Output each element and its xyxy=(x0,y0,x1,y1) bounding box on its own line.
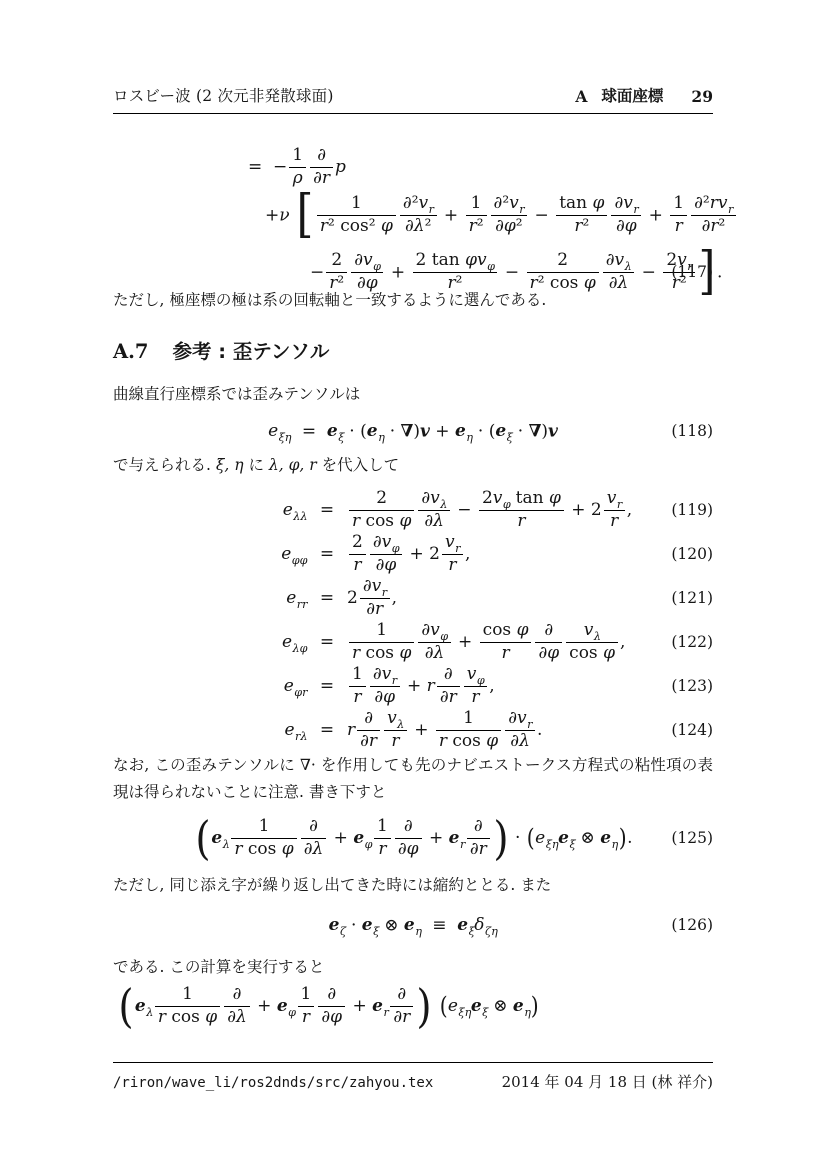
math-op: + xyxy=(385,262,410,282)
section-heading-title: 参考 : 歪テンソル xyxy=(173,340,330,363)
math-var: ∂ xyxy=(403,193,412,213)
math-var: ζη xyxy=(485,925,498,938)
math-var: ν xyxy=(279,205,289,225)
math-op: ² xyxy=(516,216,523,236)
math-var: r xyxy=(728,203,733,216)
math-var: ∂ xyxy=(508,708,517,728)
math-op: ⊗ xyxy=(488,996,513,1016)
math-op: , xyxy=(489,676,494,696)
inline-math: ξ, η xyxy=(216,456,244,474)
strain-tensor-component-equations: eλλ=2r cos φ∂vλ∂λ − 2vφ tan φr + 2vrr,(1… xyxy=(113,488,713,752)
bold-symbol: e xyxy=(558,828,569,848)
math-var: v xyxy=(718,193,728,213)
fraction: ∂vφ∂λ xyxy=(418,620,450,664)
math-var: λ xyxy=(625,260,632,273)
fraction: ∂vλ∂λ xyxy=(418,488,450,532)
math-var: e xyxy=(284,720,294,740)
math-var: φ xyxy=(593,193,605,213)
bold-symbol: e xyxy=(327,421,338,441)
math-op: ² xyxy=(412,193,419,213)
math-var: r xyxy=(448,555,456,575)
big-delimiter: ( xyxy=(527,828,535,849)
math-var: r xyxy=(471,687,479,707)
math-var: φ xyxy=(549,488,561,508)
math-op: ⊗ xyxy=(575,828,600,848)
equation-number: (121) xyxy=(671,589,713,607)
math-var: λ xyxy=(397,718,404,731)
math-var: φ xyxy=(440,630,448,643)
math-op xyxy=(290,205,295,225)
subscripted-symbol: eφ xyxy=(353,828,372,848)
math-var: λ xyxy=(440,498,447,511)
math-op: . xyxy=(717,262,722,282)
subscripted-symbol: vr xyxy=(718,194,733,213)
math-var: r xyxy=(320,216,328,236)
math-var: ξ xyxy=(469,925,475,938)
math-var: φ xyxy=(381,216,393,236)
subscripted-symbol: eλ xyxy=(211,828,229,848)
aligned-equation-row-124: erλ=r∂∂rvλr + 1r cos φ∂vr∂λ.(124) xyxy=(113,708,713,752)
math-op: 1 xyxy=(463,708,474,728)
subscripted-symbol: eη xyxy=(455,421,473,441)
subscripted-symbol: vλ xyxy=(430,489,447,508)
math-var: r xyxy=(234,839,242,859)
bold-symbol: e xyxy=(600,828,611,848)
math-var: φ xyxy=(288,1006,296,1019)
math-var: ∂λ xyxy=(424,511,444,531)
subscripted-symbol: eλλ xyxy=(283,500,307,520)
section-title: 球面座標 xyxy=(601,84,663,106)
math-var: φ xyxy=(487,260,495,273)
bold-symbol: e xyxy=(455,421,466,441)
math-op: · xyxy=(510,828,526,848)
math-var: r xyxy=(633,203,638,216)
math-var: ∂ xyxy=(233,984,242,1004)
math-var: ∂ xyxy=(309,816,318,836)
math-op: + xyxy=(643,205,668,225)
math-var: φ xyxy=(517,620,529,640)
fraction: 1r cos φ xyxy=(436,708,501,752)
fraction: 2r cos φ xyxy=(349,488,414,532)
math-var: ∂ xyxy=(354,250,363,270)
math-var: ∂λ xyxy=(510,731,530,751)
equals-sign: = xyxy=(307,588,347,608)
big-delimiter: [ xyxy=(296,193,313,238)
bold-symbol: e xyxy=(471,996,482,1016)
math-op: · ( xyxy=(344,421,367,441)
math-op: · xyxy=(512,421,528,441)
math-op: 2 xyxy=(416,250,427,270)
source-file-path: /riron/wave_li/ros2dnds/src/zahyou.tex xyxy=(113,1075,433,1091)
math-var: φ xyxy=(465,250,477,270)
section-indicator: A 球面座標 29 xyxy=(575,84,713,106)
math-var: ∂ xyxy=(614,193,623,213)
bold-symbol: e xyxy=(495,421,506,441)
math-var: ∂ xyxy=(606,250,615,270)
math-var: r xyxy=(429,203,434,216)
equation-117-line-2: +ν [1r² cos² φ∂²vr∂λ² + 1r²∂²vr∂φ² − tan… xyxy=(113,188,713,242)
math-var: ∂r xyxy=(313,168,330,188)
subscripted-symbol: eξ xyxy=(495,421,512,441)
inline-math: λ, φ, r xyxy=(269,456,317,474)
fraction: ∂vr∂λ xyxy=(505,708,535,752)
fraction: 1r² xyxy=(466,193,487,237)
bold-symbol: e xyxy=(404,915,415,935)
bold-symbol: ∇ xyxy=(529,421,542,441)
math-op: + xyxy=(252,996,277,1016)
math-var: ∂ xyxy=(373,664,382,684)
math-var: φ xyxy=(399,511,411,531)
math-var: r xyxy=(502,643,510,663)
math-var: v xyxy=(387,708,397,728)
math-expression: 1r∂vr∂φ + r∂∂rvφr, xyxy=(347,664,495,708)
math-op: ² xyxy=(719,216,726,236)
fraction: vλcos φ xyxy=(566,620,618,664)
fraction: ∂²vr∂φ² xyxy=(491,193,528,237)
math-var: φr xyxy=(294,686,307,699)
math-var: r xyxy=(391,731,399,751)
text-run: ただし, 同じ添え字が繰り返し出てきた時には縮約ととる. また xyxy=(113,876,551,894)
subscripted-symbol: eξη xyxy=(268,421,291,441)
subscripted-symbol: eη xyxy=(367,421,385,441)
equation-number: (125) xyxy=(671,829,713,847)
math-var: ξη xyxy=(546,838,559,851)
subscripted-symbol: vφ xyxy=(467,665,484,684)
subscripted-symbol: vr xyxy=(382,665,397,684)
bold-symbol: e xyxy=(211,828,222,848)
subscripted-symbol: vr xyxy=(517,709,532,728)
math-op: 1 xyxy=(351,193,362,213)
equation-rhs: 1r∂vr∂φ + r∂∂rvφr, xyxy=(347,664,495,708)
roman-function: cos xyxy=(483,620,517,640)
subscripted-symbol: eλφ xyxy=(282,632,307,652)
math-var: ξ xyxy=(569,838,575,851)
big-delimiter: ) xyxy=(493,818,508,858)
equals-sign: = xyxy=(307,632,347,652)
equals-sign: = xyxy=(307,676,347,696)
equation-rhs: 1r cos φ∂vφ∂λ + cos φr∂∂φvλcos φ, xyxy=(347,620,625,664)
roman-function: cos xyxy=(360,511,399,531)
math-var: r xyxy=(610,511,618,531)
math-var: e xyxy=(286,588,296,608)
bold-symbol: e xyxy=(513,996,524,1016)
math-op: − xyxy=(636,262,661,282)
math-op: 2 xyxy=(331,250,342,270)
math-var: ∂φ xyxy=(374,687,395,707)
subscripted-symbol: vφ xyxy=(363,251,380,270)
running-title: ロスビー波 (2 次元非発散球面) xyxy=(113,84,334,106)
equation-rhs: 2r cos φ∂vλ∂λ − 2vφ tan φr + 2vrr, xyxy=(347,488,632,532)
fraction: ∂∂r xyxy=(357,708,380,752)
math-op: − xyxy=(452,500,477,520)
math-var: ∂r xyxy=(366,599,383,619)
math-var: ∂r xyxy=(393,1007,410,1027)
math-var: v xyxy=(363,250,373,270)
math-var: rλ xyxy=(295,730,307,743)
subscripted-symbol: vφ xyxy=(477,251,494,270)
fraction: ∂vφ∂φ xyxy=(370,532,402,576)
text-run: ただし, 極座標の極は系の回転軸と一致するように選んである. xyxy=(113,291,546,309)
math-var: ζ xyxy=(340,925,346,938)
subscripted-symbol: vr xyxy=(419,194,434,213)
math-op: 2 xyxy=(376,488,387,508)
math-op: , xyxy=(465,544,470,564)
math-var: ∂ xyxy=(363,576,372,596)
fraction: cos φr xyxy=(480,620,532,664)
math-var: r xyxy=(352,643,360,663)
math-op: 1 xyxy=(292,145,303,165)
math-var: r xyxy=(378,839,386,859)
fraction: 1r² cos² φ xyxy=(317,193,396,237)
math-expression: 2∂vr∂r, xyxy=(347,576,397,620)
math-expression: 1r cos φ∂vφ∂λ + cos φr∂∂φvλcos φ, xyxy=(347,620,625,664)
fraction: 1r xyxy=(298,984,315,1028)
subscripted-symbol: eφφ xyxy=(281,544,307,564)
math-var: v xyxy=(607,488,617,508)
big-delimiter: ( xyxy=(439,996,447,1017)
fraction: ∂vr∂r xyxy=(360,576,390,620)
big-delimiter: ( xyxy=(195,818,210,858)
text-run: なお, この歪みテンソルに ∇· を作用しても先のナビエストークス方程式の粘性項… xyxy=(113,756,713,801)
math-var: φ xyxy=(373,260,381,273)
equation-118: eξη = eξ · (eη · ∇)v + eη · (eξ · ∇)v(11… xyxy=(113,408,713,454)
math-op: . xyxy=(537,720,542,740)
equation-number: (126) xyxy=(671,916,713,934)
math-op: + xyxy=(424,828,449,848)
math-var: ξη xyxy=(458,1006,471,1019)
subscripted-symbol: vr xyxy=(372,577,387,596)
math-var: r xyxy=(675,216,683,236)
math-op: 1 xyxy=(471,193,482,213)
aligned-equation-row-123: eφr=1r∂vr∂φ + r∂∂rvφr,(123) xyxy=(113,664,713,708)
math-var: v xyxy=(509,193,519,213)
fraction: vφr xyxy=(464,664,487,708)
math-var: ξ xyxy=(507,431,513,444)
math-var: e xyxy=(268,421,278,441)
math-op: 1 xyxy=(301,984,312,1004)
math-op: ² xyxy=(703,193,710,213)
roman-function: tan xyxy=(510,488,549,508)
math-op: + xyxy=(402,676,427,696)
math-expression: eζ · eξ ⊗ eη ≡ eξδζη xyxy=(329,915,498,936)
fraction: 1ρ xyxy=(289,145,306,189)
text-run: である. この計算を実行すると xyxy=(113,958,324,976)
text-run: 曲線直行座標系では歪みテンソルは xyxy=(113,385,360,403)
equation-lhs: eφφ xyxy=(263,544,307,564)
math-op: + xyxy=(430,421,455,441)
fraction: 2vφ tan φr xyxy=(479,488,564,532)
math-var: δ xyxy=(474,915,484,935)
fraction: vλr xyxy=(384,708,407,752)
fraction: 1r cos φ xyxy=(155,984,220,1028)
math-op: , xyxy=(627,500,632,520)
fraction: ∂∂λ xyxy=(301,816,327,860)
math-var: ∂ xyxy=(694,193,703,213)
equation-126: eζ · eξ ⊗ eη ≡ eξδζη(126) xyxy=(113,906,713,944)
equation-number: (117) xyxy=(671,263,713,281)
equation-number: (122) xyxy=(671,633,713,651)
math-var: e xyxy=(281,544,291,564)
fraction: 1r cos φ xyxy=(231,816,296,860)
math-var: v xyxy=(517,708,527,728)
math-var: η xyxy=(378,431,385,444)
math-var: r xyxy=(710,193,718,213)
math-var: r xyxy=(519,203,524,216)
aligned-equation-row-120: eφφ=2r∂vφ∂φ + 2vrr,(120) xyxy=(113,532,713,576)
aligned-equation-row-122: eλφ=1r cos φ∂vφ∂λ + cos φr∂∂φvλcos φ,(12… xyxy=(113,620,713,664)
roman-function: cos xyxy=(569,643,603,663)
math-var: v xyxy=(419,193,429,213)
math-var: v xyxy=(382,664,392,684)
equation-rhs: 2r∂vφ∂φ + 2vrr, xyxy=(347,532,470,576)
math-var: ξ xyxy=(373,925,379,938)
math-var: ∂ xyxy=(364,708,373,728)
math-op: · xyxy=(384,421,400,441)
math-var: ∂ xyxy=(421,488,430,508)
equals-sign: = xyxy=(307,544,347,564)
math-op: ² xyxy=(477,216,484,236)
subscripted-symbol: δζη xyxy=(474,915,497,935)
equation-lhs: erλ xyxy=(263,720,307,740)
math-var: r xyxy=(383,1006,388,1019)
subscripted-symbol: vφ xyxy=(493,489,510,508)
subscripted-symbol: vφ xyxy=(382,533,399,552)
big-delimiter: ( xyxy=(118,986,133,1026)
subscripted-symbol: err xyxy=(286,588,307,608)
math-var: r xyxy=(439,731,447,751)
math-var: ∂φ xyxy=(538,643,559,663)
subscripted-symbol: eξ xyxy=(362,915,379,935)
math-expression: 2r cos φ∂vλ∂λ − 2vφ tan φr + 2vrr, xyxy=(347,488,632,532)
fraction: ∂²vr∂λ² xyxy=(400,193,437,237)
math-op: 2 xyxy=(347,588,358,608)
bold-symbol: e xyxy=(135,996,146,1016)
math-op: 1 xyxy=(352,664,363,684)
math-var: e xyxy=(284,676,294,696)
fraction: ∂∂φ xyxy=(535,620,562,664)
math-var: r xyxy=(382,586,387,599)
math-var: φ xyxy=(392,542,400,555)
equation-number: (119) xyxy=(671,501,713,519)
math-var: λφ xyxy=(293,642,308,655)
math-op: + xyxy=(328,828,353,848)
math-var: λ xyxy=(223,838,230,851)
math-var: ∂λ xyxy=(227,1007,247,1027)
subscripted-symbol: eξη xyxy=(535,828,558,848)
fraction: ∂∂φ xyxy=(395,816,422,860)
math-op xyxy=(433,996,438,1016)
bold-symbol: e xyxy=(367,421,378,441)
math-op: + xyxy=(265,205,279,225)
math-op: − xyxy=(499,262,524,282)
math-var: ∂ xyxy=(421,620,430,640)
math-var: ∂φ xyxy=(495,216,516,236)
math-var: r xyxy=(302,1007,310,1027)
math-var: r xyxy=(158,1007,166,1027)
math-var: v xyxy=(430,620,440,640)
math-op: ⊗ xyxy=(379,915,404,935)
aligned-equation-row-119: eλλ=2r cos φ∂vλ∂λ − 2vφ tan φr + 2vrr,(1… xyxy=(113,488,713,532)
subscripted-symbol: vλ xyxy=(584,621,601,640)
paragraph-after-eq118: で与えられる. ξ, η に λ, φ, r を代入して xyxy=(113,452,713,479)
subscripted-symbol: eη xyxy=(404,915,422,935)
math-var: ∂ xyxy=(373,532,382,552)
math-var: λ xyxy=(146,1006,153,1019)
page-number: 29 xyxy=(691,87,713,106)
math-var: λ xyxy=(594,630,601,643)
math-var: ∂λ xyxy=(405,216,425,236)
math-op: + 2 xyxy=(566,500,602,520)
subscripted-symbol: er xyxy=(372,996,388,1016)
math-expression: +ν [1r² cos² φ∂²vr∂λ² + 1r²∂²vr∂φ² − tan… xyxy=(265,193,738,238)
math-var: φφ xyxy=(292,554,308,567)
math-var: v xyxy=(623,193,633,213)
fraction: ∂∂φ xyxy=(318,984,345,1028)
subscripted-symbol: eφr xyxy=(284,676,307,696)
text-run: に xyxy=(244,456,269,474)
big-delimiter: ) xyxy=(417,986,432,1026)
math-var: e xyxy=(282,632,292,652)
math-op: 2 xyxy=(482,488,493,508)
fraction: ∂vr∂φ xyxy=(370,664,400,708)
math-var: v xyxy=(430,488,440,508)
math-var: λλ xyxy=(293,510,307,523)
roman-function: tan xyxy=(559,193,592,213)
math-var: r xyxy=(617,498,622,511)
math-var: ∂ xyxy=(327,984,336,1004)
math-op: 1 xyxy=(673,193,684,213)
math-var: ∂ xyxy=(444,664,453,684)
math-op: = − xyxy=(248,157,287,177)
math-var: φ xyxy=(282,839,294,859)
fraction: ∂∂r xyxy=(437,664,460,708)
equation-number: (123) xyxy=(671,677,713,695)
paragraph-strain-intro: 曲線直行座標系では歪みテンソルは xyxy=(113,381,713,408)
math-var: e xyxy=(283,500,293,520)
subscripted-symbol: vr xyxy=(607,489,622,508)
subscripted-symbol: eξ xyxy=(457,915,474,935)
big-delimiter: ) xyxy=(531,996,539,1017)
math-var: ξη xyxy=(279,431,292,444)
bold-symbol: e xyxy=(449,828,460,848)
math-var: ∂φ xyxy=(398,839,419,859)
fraction: tan φr² xyxy=(556,193,607,237)
fraction: vrr xyxy=(442,532,463,576)
math-var: ∂λ xyxy=(304,839,324,859)
math-expression: eξη = eξ · (eη · ∇)v + eη · (eξ · ∇)v xyxy=(268,421,558,442)
math-op: ) xyxy=(413,421,420,441)
footer-date: 2014 年 04 月 18 日 (林 祥介) xyxy=(502,1071,713,1092)
math-op: + xyxy=(347,996,372,1016)
equals-sign: = xyxy=(307,720,347,740)
math-var: ∂ xyxy=(474,816,483,836)
math-expression: (eλ1r cos φ∂∂λ + eφ1r∂∂φ + er∂∂r) · (eξη… xyxy=(194,816,633,860)
math-var: φ xyxy=(503,498,511,511)
math-var: η xyxy=(612,838,619,851)
math-op: 1 xyxy=(376,620,387,640)
math-op: + xyxy=(409,720,434,740)
bold-symbol: e xyxy=(277,996,288,1016)
math-var: p xyxy=(335,157,346,177)
math-expression: 2r∂vφ∂φ + 2vrr, xyxy=(347,532,470,576)
math-op: ² xyxy=(425,216,432,236)
math-var: ∂r xyxy=(702,216,719,236)
subscripted-symbol: eζ xyxy=(329,915,346,935)
math-op: 2 xyxy=(352,532,363,552)
subscripted-symbol: eη xyxy=(600,828,618,848)
math-var: r xyxy=(353,555,361,575)
math-var: r xyxy=(427,676,435,696)
